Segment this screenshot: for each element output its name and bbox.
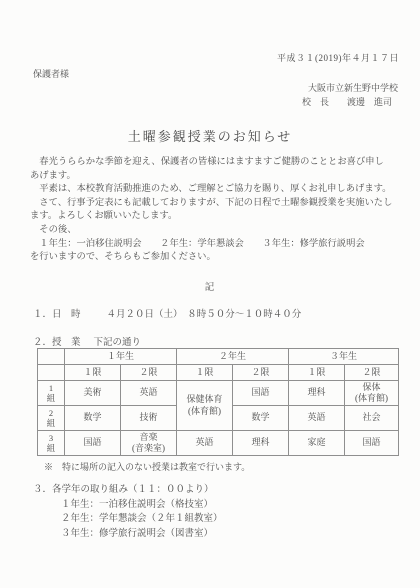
period-header: ２限 [345,365,399,381]
activity-item-grade3: ３年生：修学旅行説明会（図書室） [61,527,223,542]
class-label: 3 組 [38,431,65,456]
activities-header: ３．各学年の取り組み（１１：００より） [33,483,223,498]
class3-row: 3 組 国語 音楽 (音楽室) 英語 理科 家庭 国語 [38,431,399,456]
table-corner-cell [38,365,65,381]
lesson-value: 下記の通り [94,338,142,348]
section-datetime: １．日 時４月２０日（土） ８時５０分～１０時４０分 [33,306,301,320]
period-header-row: １限 ２限 １限 ２限 １限 ２限 [38,365,399,381]
announcement-paragraph: さて、行事予定表にも記載しておりますが、下記の日程で土曜参観授業を実施いたします… [30,197,393,224]
grade-header: ３年生 [289,349,399,365]
lesson-schedule-table: １年生 ２年生 ３年生 １限 ２限 １限 ２限 １限 ２限 1 組 美術 英語 … [37,348,399,456]
subject-cell: 数学 [233,406,289,431]
document-title: 土曜参観授業のお知らせ [0,126,420,145]
table-corner-cell [38,349,65,365]
subject-cell: 英語 [177,431,233,456]
subject-cell: 国語 [233,381,289,406]
activity-item-grade2: ２年生：学年懇談会（２年１組教室） [61,512,223,527]
subject-cell: 家庭 [289,431,345,456]
subject-cell: 国語 [65,431,121,456]
subject-cell: 理科 [233,431,289,456]
class-label: 2 組 [38,406,65,431]
class1-row: 1 組 美術 英語 保健体育 (体育館) 国語 理科 保体 (体育館) [38,381,399,406]
section-lesson: ２．授 業下記の通り [33,334,141,348]
subject-cell: 音楽 (音楽室) [121,431,177,456]
subject-cell: 社会 [345,406,399,431]
table-footnote: ※ 特に場所の記入のない授業は教室で行います。 [44,460,250,473]
school-name: 大阪市立新生野中学校 [302,82,398,96]
subject-cell: 英語 [121,381,177,406]
period-header: １限 [177,365,233,381]
body-text: 春光うららかな季節を迎え、保護者の皆様にはますますご健勝のこととお喜び申しあげま… [30,156,393,265]
datetime-label: １．日 時 [33,310,81,320]
subject-cell: 技術 [121,406,177,431]
scanned-notice-page: 平成３１(2019)年４月１７日 保護者様 大阪市立新生野中学校 校 長 渡邊 … [0,0,420,588]
thanks-paragraph: 平素は、本校教育活動推進のため、ご理解とご協力を賜り、厚くお礼申しあげます。 [30,183,393,197]
subject-cell: 保体 (体育館) [345,381,399,406]
record-mark: 記 [0,279,420,293]
principal-name: 校 長 渡邊 進司 [302,96,398,110]
greeting-paragraph: 春光うららかな季節を迎え、保護者の皆様にはますますご健勝のこととお喜び申しあげま… [30,156,393,183]
period-header: ２限 [121,365,177,381]
subject-cell-merged: 保健体育 (体育館) [177,381,233,431]
activity-item-grade1: １年生：一泊移住説明会（格技室） [61,498,223,513]
grade-sessions-line: １年生：一泊移住説明会 ２年生：学年懇談会 ３年生：修学旅行説明会 [30,238,393,252]
followup-lead-line: その後、 [30,224,393,238]
recipient-line: 保護者様 [33,67,69,80]
subject-cell: 理科 [289,381,345,406]
lesson-label: ２．授 業 [33,338,81,348]
document-date: 平成３１(2019)年４月１７日 [277,51,399,64]
section-activities: ３．各学年の取り組み（１１：００より） １年生：一泊移住説明会（格技室） ２年生… [33,483,223,541]
grade-header-row: １年生 ２年生 ３年生 [38,349,399,365]
datetime-value: ４月２０日（土） ８時５０分～１０時４０分 [107,310,302,320]
participation-request-line: を行いますので、そちらもご参加ください。 [30,251,393,265]
grade-header: １年生 [65,349,177,365]
class-label: 1 組 [38,381,65,406]
sender-block: 大阪市立新生野中学校 校 長 渡邊 進司 [302,82,398,109]
period-header: １限 [65,365,121,381]
subject-cell: 美術 [65,381,121,406]
subject-cell: 英語 [289,406,345,431]
period-header: ２限 [233,365,289,381]
subject-cell: 数学 [65,406,121,431]
subject-cell: 国語 [345,431,399,456]
grade-header: ２年生 [177,349,289,365]
period-header: １限 [289,365,345,381]
